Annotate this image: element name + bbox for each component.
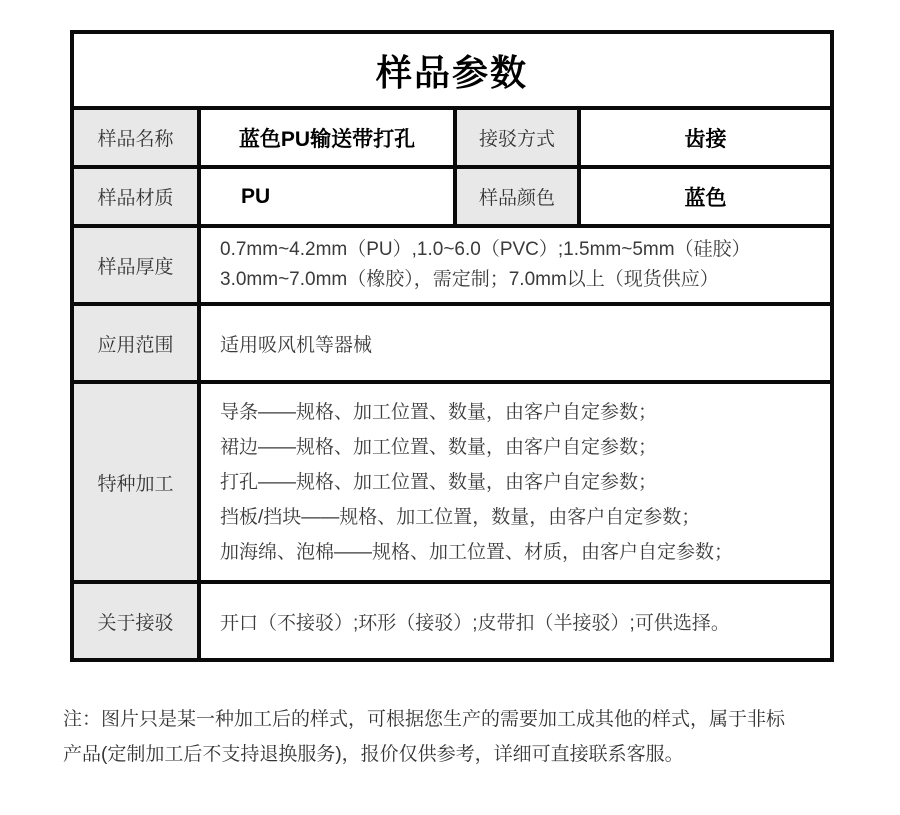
special-line-guide-strip: 导条——规格、加工位置、数量，由客户自定参数；: [220, 395, 822, 430]
value-about-joint: 开口（不接驳）;环形（接驳）;皮带扣（半接驳）;可供选择。: [199, 582, 832, 660]
value-special-processing: 导条——规格、加工位置、数量，由客户自定参数； 裙边——规格、加工位置、数量，由…: [199, 382, 832, 582]
value-joint-method: 齿接: [579, 108, 832, 167]
value-sample-material: PU: [199, 167, 455, 226]
label-joint-method: 接驳方式: [455, 108, 579, 167]
label-sample-color: 样品颜色: [455, 167, 579, 226]
title-row: 样品参数: [72, 32, 832, 108]
row-material-color: 样品材质 PU 样品颜色 蓝色: [72, 167, 832, 226]
row-application: 应用范围 适用吸风机等器械: [72, 304, 832, 382]
label-sample-thickness: 样品厚度: [72, 226, 199, 304]
spec-table: 样品参数 样品名称 蓝色PU输送带打孔 接驳方式 齿接 样品材质 PU 样品颜色…: [70, 30, 834, 662]
value-sample-name: 蓝色PU输送带打孔: [199, 108, 455, 167]
special-line-sponge-foam: 加海绵、泡棉——规格、加工位置、材质，由客户自定参数；: [220, 535, 822, 570]
value-sample-color: 蓝色: [579, 167, 832, 226]
value-application-range: 适用吸风机等器械: [199, 304, 832, 382]
special-line-punching: 打孔——规格、加工位置、数量，由客户自定参数；: [220, 465, 822, 500]
thickness-line-2: 3.0mm~7.0mm（橡胶），需定制；7.0mm以上（现货供应）: [220, 265, 822, 295]
row-thickness: 样品厚度 0.7mm~4.2mm（PU）,1.0~6.0（PVC）;1.5mm~…: [72, 226, 832, 304]
label-application-range: 应用范围: [72, 304, 199, 382]
value-sample-thickness: 0.7mm~4.2mm（PU）,1.0~6.0（PVC）;1.5mm~5mm（硅…: [199, 226, 832, 304]
product-spec-sheet: 样品参数 样品名称 蓝色PU输送带打孔 接驳方式 齿接 样品材质 PU 样品颜色…: [0, 0, 900, 815]
footer-note-line-2: 产品(定制加工后不支持退换服务)，报价仅供参考，详细可直接联系客服。: [63, 737, 853, 772]
special-line-skirt-edge: 裙边——规格、加工位置、数量，由客户自定参数；: [220, 430, 822, 465]
label-special-processing: 特种加工: [72, 382, 199, 582]
thickness-line-1: 0.7mm~4.2mm（PU）,1.0~6.0（PVC）;1.5mm~5mm（硅…: [220, 235, 822, 265]
label-sample-material: 样品材质: [72, 167, 199, 226]
label-sample-name: 样品名称: [72, 108, 199, 167]
row-name-joint: 样品名称 蓝色PU输送带打孔 接驳方式 齿接: [72, 108, 832, 167]
special-line-baffle: 挡板/挡块——规格、加工位置，数量，由客户自定参数；: [220, 500, 822, 535]
label-about-joint: 关于接驳: [72, 582, 199, 660]
row-special-processing: 特种加工 导条——规格、加工位置、数量，由客户自定参数； 裙边——规格、加工位置…: [72, 382, 832, 582]
page-title: 样品参数: [72, 32, 832, 108]
footer-note: 注：图片只是某一种加工后的样式，可根据您生产的需要加工成其他的样式，属于非标 产…: [63, 702, 853, 772]
footer-note-line-1: 注：图片只是某一种加工后的样式，可根据您生产的需要加工成其他的样式，属于非标: [63, 702, 853, 737]
row-about-joint: 关于接驳 开口（不接驳）;环形（接驳）;皮带扣（半接驳）;可供选择。: [72, 582, 832, 660]
